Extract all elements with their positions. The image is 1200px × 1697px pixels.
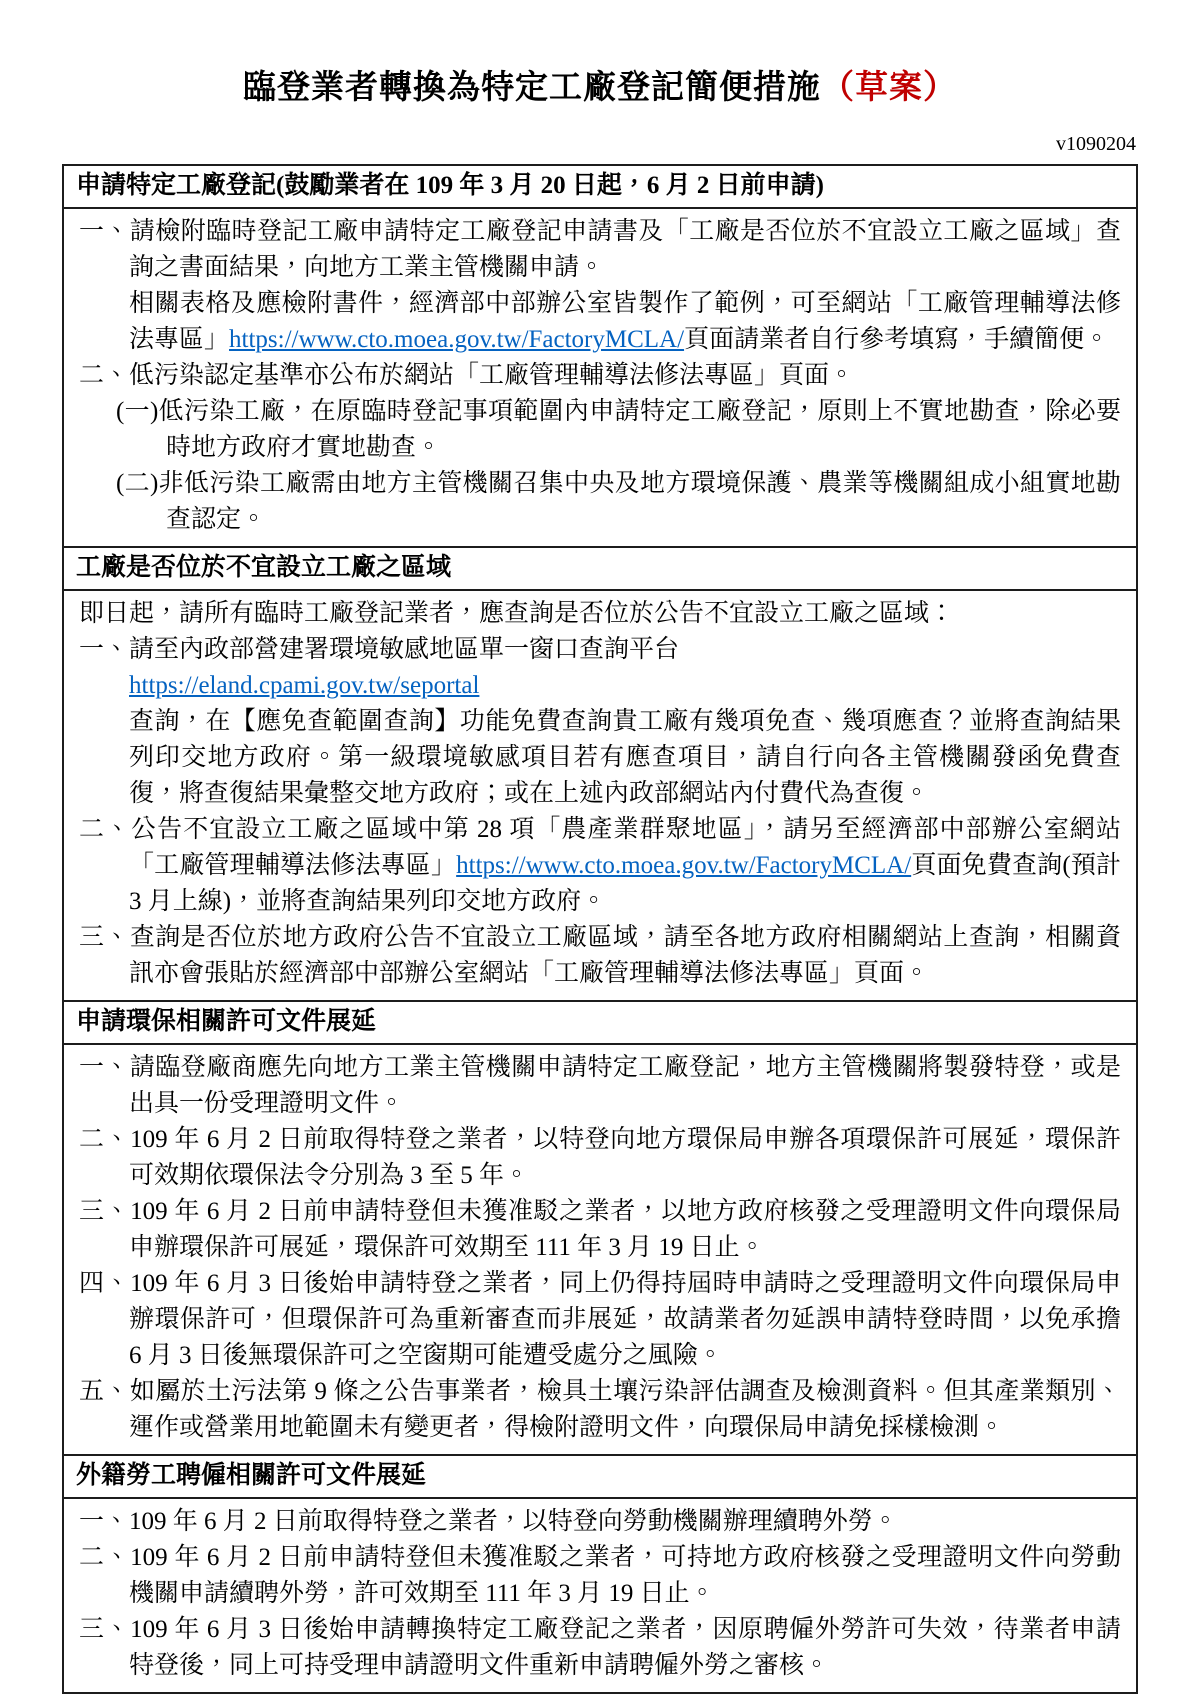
list-item: 二、109 年 6 月 2 日前取得特登之業者，以特登向地方環保局申辦各項環保許… — [79, 1122, 1121, 1194]
item-text: 如屬於土污法第 9 條之公告事業者，檢具土壤污染評估調查及檢測資料。但其產業類別… — [129, 1378, 1121, 1441]
title-draft-label: （草案） — [821, 70, 957, 106]
item-text: 請至內政部營建署環境敏感地區單一窗口查詢平台 — [129, 636, 679, 663]
section-body-unsuitable-area-query: 即日起，請所有臨時工廠登記業者，應查詢是否位於公告不宜設立工廠之區域： 一、請至… — [64, 589, 1136, 1000]
item-text: 查詢，在【應免查範圍查詢】功能免費查詢貴工廠有幾項免查、幾項應查？並將查詢結果列… — [129, 708, 1121, 807]
item-text: 低污染工廠，在原臨時登記事項範圍內申請特定工廠登記，原則上不實地勘查，除必要時地… — [158, 398, 1121, 461]
section-header-foreign-worker-permit-extension: 外籍勞工聘僱相關許可文件展延 — [64, 1454, 1136, 1497]
list-item-continuation: 查詢，在【應免查範圍查詢】功能免費查詢貴工廠有幾項免查、幾項應查？並將查詢結果列… — [129, 704, 1121, 812]
list-item: 二、公告不宜設立工廠之區域中第 28 項「農產業群聚地區」，請另至經濟部中部辦公… — [79, 812, 1121, 920]
list-item: 二、低污染認定基準亦公布於網站「工廠管理輔導法修法專區」頁面。 — [79, 358, 1121, 394]
item-text: 請臨登廠商應先向地方工業主管機關申請特定工廠登記，地方主管機關將製發特登，或是出… — [129, 1054, 1121, 1117]
title-main: 臨登業者轉換為特定工廠登記簡便措施 — [243, 70, 821, 106]
item-text: 109 年 6 月 2 日前取得特登之業者，以特登向地方環保局申辦各項環保許可展… — [129, 1126, 1121, 1189]
list-item: 四、109 年 6 月 3 日後始申請特登之業者，同上仍得持屆時申請時之受理證明… — [79, 1266, 1121, 1374]
item-marker: 一、 — [79, 1054, 130, 1081]
section-body-env-permit-extension: 一、請臨登廠商應先向地方工業主管機關申請特定工廠登記，地方主管機關將製發特登，或… — [64, 1043, 1136, 1454]
item-marker: 三、 — [79, 1198, 130, 1225]
item-marker: 二、 — [79, 362, 129, 389]
item-marker: 二、 — [79, 816, 131, 843]
list-item: 一、請檢附臨時登記工廠申請特定工廠登記申請書及「工廠是否位於不宜設立工廠之區域」… — [79, 214, 1121, 286]
list-item-continuation: https://eland.cpami.gov.tw/seportal — [129, 668, 1121, 704]
item-text: 109 年 6 月 3 日後始申請轉換特定工廠登記之業者，因原聘僱外勞許可失效，… — [129, 1616, 1121, 1679]
item-text: 非低污染工廠需由地方主管機關召集中央及地方環境保護、農業等機關組成小組實地勘查認… — [158, 470, 1121, 533]
factory-mcla-link[interactable]: https://www.cto.moea.gov.tw/FactoryMCLA/ — [456, 852, 911, 879]
item-text: 109 年 6 月 2 日前申請特登但未獲准駁之業者，可持地方政府核發之受理證明… — [129, 1544, 1121, 1607]
section-body-special-factory-registration: 一、請檢附臨時登記工廠申請特定工廠登記申請書及「工廠是否位於不宜設立工廠之區域」… — [64, 207, 1136, 546]
item-marker: 三、 — [79, 924, 130, 951]
item-marker: 一、 — [79, 1508, 129, 1535]
item-marker: (二) — [116, 470, 158, 497]
section-intro: 即日起，請所有臨時工廠登記業者，應查詢是否位於公告不宜設立工廠之區域： — [79, 596, 1121, 632]
list-item: 五、如屬於土污法第 9 條之公告事業者，檢具土壤污染評估調查及檢測資料。但其產業… — [79, 1374, 1121, 1446]
list-item: 一、109 年 6 月 2 日前取得特登之業者，以特登向勞動機關辦理續聘外勞。 — [79, 1504, 1121, 1540]
section-header-text: 申請特定工廠登記(鼓勵業者在 109 年 3 月 20 日起，6 月 2 日前申… — [76, 172, 824, 199]
item-text: 頁面請業者自行參考填寫，手續簡便。 — [684, 326, 1109, 353]
item-marker: 二、 — [79, 1126, 130, 1153]
item-marker: 三、 — [79, 1616, 130, 1643]
item-text: 109 年 6 月 2 日前取得特登之業者，以特登向勞動機關辦理續聘外勞。 — [129, 1508, 898, 1535]
item-marker: (一) — [116, 398, 158, 425]
list-item-continuation: 相關表格及應檢附書件，經濟部中部辦公室皆製作了範例，可至網站「工廠管理輔導法修法… — [129, 286, 1121, 358]
item-text: 請檢附臨時登記工廠申請特定工廠登記申請書及「工廠是否位於不宜設立工廠之區域」查詢… — [129, 218, 1121, 281]
version-label: v1090204 — [62, 132, 1136, 156]
item-marker: 二、 — [79, 1544, 130, 1571]
item-marker: 五、 — [79, 1378, 130, 1405]
list-item: 三、109 年 6 月 3 日後始申請轉換特定工廠登記之業者，因原聘僱外勞許可失… — [79, 1612, 1121, 1684]
item-text: 109 年 6 月 2 日前申請特登但未獲准駁之業者，以地方政府核發之受理證明文… — [129, 1198, 1121, 1261]
section-header-env-permit-extension: 申請環保相關許可文件展延 — [64, 1000, 1136, 1043]
item-text: 低污染認定基準亦公布於網站「工廠管理輔導法修法專區」頁面。 — [129, 362, 854, 389]
document-page: 臨登業者轉換為特定工廠登記簡便措施（草案） v1090204 申請特定工廠登記(… — [62, 0, 1138, 1694]
list-item: 一、請臨登廠商應先向地方工業主管機關申請特定工廠登記，地方主管機關將製發特登，或… — [79, 1050, 1121, 1122]
section-header-special-factory-registration: 申請特定工廠登記(鼓勵業者在 109 年 3 月 20 日起，6 月 2 日前申… — [64, 166, 1136, 207]
item-marker: 一、 — [79, 636, 129, 663]
page-title: 臨登業者轉換為特定工廠登記簡便措施（草案） — [62, 68, 1138, 108]
list-item: 三、查詢是否位於地方政府公告不宜設立工廠區域，請至各地方政府相關網站上查詢，相關… — [79, 920, 1121, 992]
list-item: 一、請至內政部營建署環境敏感地區單一窗口查詢平台 — [79, 632, 1121, 668]
section-header-text: 申請環保相關許可文件展延 — [76, 1008, 376, 1035]
measures-table: 申請特定工廠登記(鼓勵業者在 109 年 3 月 20 日起，6 月 2 日前申… — [62, 164, 1138, 1694]
section-body-foreign-worker-permit-extension: 一、109 年 6 月 2 日前取得特登之業者，以特登向勞動機關辦理續聘外勞。 … — [64, 1497, 1136, 1692]
list-item: 三、109 年 6 月 2 日前申請特登但未獲准駁之業者，以地方政府核發之受理證… — [79, 1194, 1121, 1266]
section-header-unsuitable-area-query: 工廠是否位於不宜設立工廠之區域 — [64, 546, 1136, 589]
section-header-text: 外籍勞工聘僱相關許可文件展延 — [76, 1462, 426, 1489]
sub-list-item: (一)低污染工廠，在原臨時登記事項範圍內申請特定工廠登記，原則上不實地勘查，除必… — [116, 394, 1121, 466]
list-item: 二、109 年 6 月 2 日前申請特登但未獲准駁之業者，可持地方政府核發之受理… — [79, 1540, 1121, 1612]
seportal-link[interactable]: https://eland.cpami.gov.tw/seportal — [129, 672, 479, 699]
item-marker: 四、 — [79, 1270, 130, 1297]
item-text: 查詢是否位於地方政府公告不宜設立工廠區域，請至各地方政府相關網站上查詢，相關資訊… — [129, 924, 1121, 987]
item-text: 109 年 6 月 3 日後始申請特登之業者，同上仍得持屆時申請時之受理證明文件… — [129, 1270, 1121, 1369]
factory-mcla-link[interactable]: https://www.cto.moea.gov.tw/FactoryMCLA/ — [229, 326, 684, 353]
section-header-text: 工廠是否位於不宜設立工廠之區域 — [76, 554, 451, 581]
item-marker: 一、 — [79, 218, 130, 245]
sub-list-item: (二)非低污染工廠需由地方主管機關召集中央及地方環境保護、農業等機關組成小組實地… — [116, 466, 1121, 538]
